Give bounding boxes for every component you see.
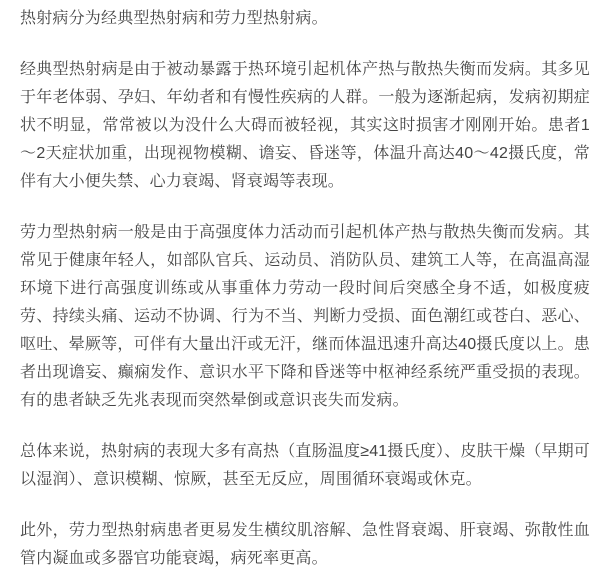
- paragraph-overall-symptoms: 总体来说，热射病的表现大多有高热（直肠温度≥41摄氏度）、皮肤干燥（早期可以湿润…: [20, 438, 590, 494]
- paragraph-intro: 热射病分为经典型热射病和劳力型热射病。: [20, 5, 590, 33]
- article: 热射病分为经典型热射病和劳力型热射病。 经典型热射病是由于被动暴露于热环境引起机…: [0, 0, 609, 573]
- paragraph-exertional-heatstroke: 劳力型热射病一般是由于高强度体力活动而引起机体产热与散热失衡而发病。其常见于健康…: [20, 219, 590, 415]
- paragraph-complications: 此外，劳力型热射病患者更易发生横纹肌溶解、急性肾衰竭、肝衰竭、弥散性血管内凝血或…: [20, 517, 590, 573]
- paragraph-classic-heatstroke: 经典型热射病是由于被动暴露于热环境引起机体产热与散热失衡而发病。其多见于年老体弱…: [20, 56, 590, 196]
